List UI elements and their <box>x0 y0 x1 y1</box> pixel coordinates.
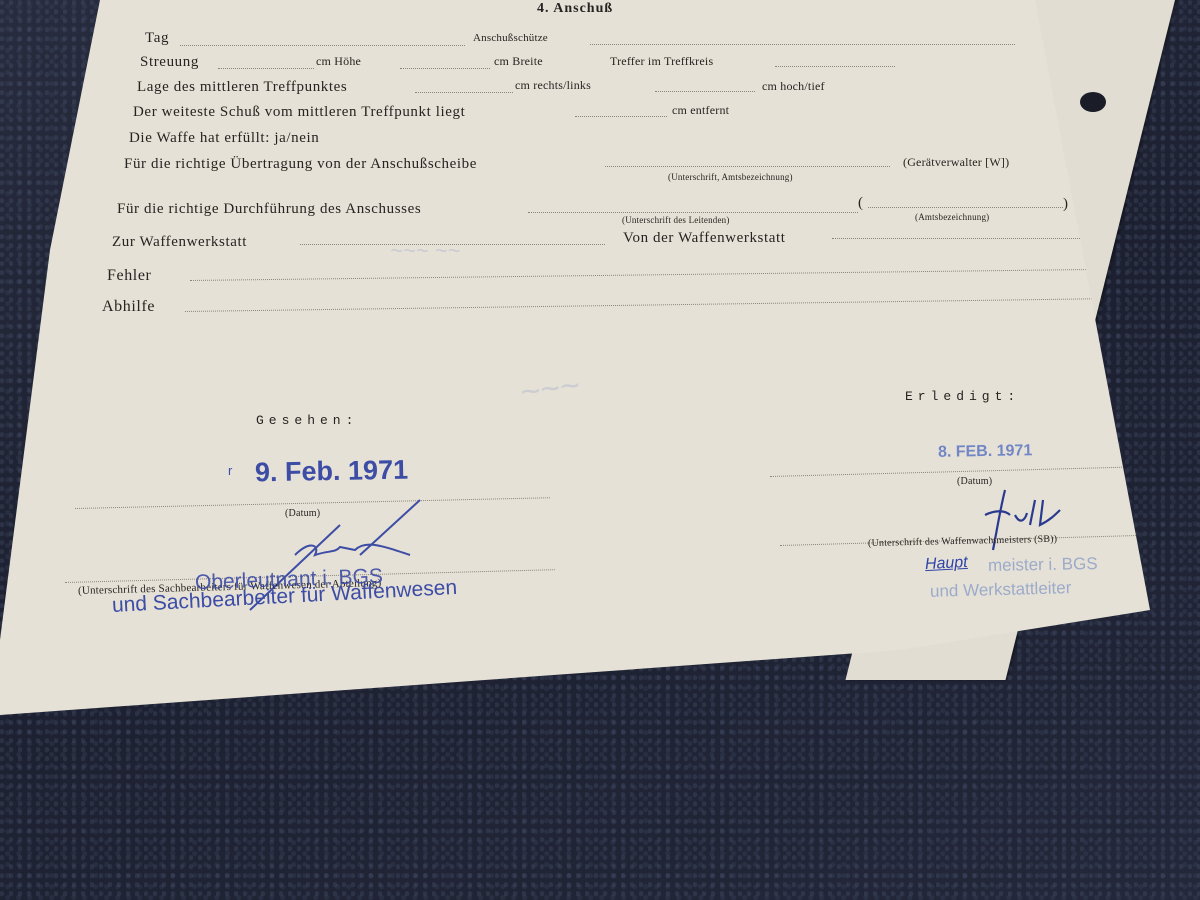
field-fehler[interactable] <box>190 269 1090 281</box>
section-title: 4. Anschuß <box>537 1 613 17</box>
label-cm-hoehe: cm Höhe <box>316 54 361 69</box>
caption-unterschrift-amt: (Unterschrift, Amtsbezeichnung) <box>668 172 793 182</box>
label-streuung: Streuung <box>140 54 199 71</box>
stamp-rank-right: meister i. BGS <box>988 554 1098 576</box>
faded-signature: ~~~ <box>518 366 582 413</box>
field-rechts-links[interactable] <box>415 92 513 93</box>
field-treffer[interactable] <box>775 66 895 67</box>
field-hoch-tief[interactable] <box>655 91 755 92</box>
label-lage: Lage des mittleren Treffpunktes <box>137 79 347 96</box>
date-stamp-erledigt: 8. FEB. 1971 <box>938 442 1033 462</box>
paren-open: ( <box>858 195 864 212</box>
field-tag[interactable] <box>180 45 465 46</box>
label-fehler: Fehler <box>107 267 151 285</box>
date-stamp-prefix: r <box>228 463 232 478</box>
label-treffer: Treffer im Treffkreis <box>610 54 713 69</box>
label-von-werkstatt: Von der Waffenwerkstatt <box>623 230 786 247</box>
caption-amtsbezeichnung: (Amtsbezeichnung) <box>915 212 989 222</box>
label-rechts-links: cm rechts/links <box>515 78 591 93</box>
field-durchfuehrung-signature[interactable] <box>528 212 858 213</box>
stamp-role-right: und Werkstattleiter <box>930 578 1072 602</box>
erledigt-heading: Erledigt: <box>905 389 1020 404</box>
field-streuung-breite[interactable] <box>400 68 490 69</box>
paren-close: ) <box>1063 196 1069 213</box>
label-zur-werkstatt: Zur Waffenwerkstatt <box>112 234 247 251</box>
punch-hole <box>1080 92 1106 112</box>
faded-handwriting: ~~~ ~~ <box>390 238 460 264</box>
label-weiteste: Der weiteste Schuß vom mittleren Treffpu… <box>133 104 465 121</box>
label-erfuellt: Die Waffe hat erfüllt: ja/nein <box>129 130 319 147</box>
label-anschussschuetze: Anschußschütze <box>473 32 548 44</box>
field-abhilfe[interactable] <box>185 298 1100 312</box>
label-tag: Tag <box>145 30 169 47</box>
handwritten-haupt: Haupt <box>925 554 969 574</box>
label-durchfuehrung: Für die richtige Durchführung des Anschu… <box>117 201 421 218</box>
caption-unterschrift-leitenden: (Unterschrift des Leitenden) <box>622 215 730 225</box>
date-stamp-gesehen: 9. Feb. 1971 <box>255 455 409 489</box>
gesehen-heading: Gesehen: <box>256 413 358 428</box>
field-streuung-hoehe[interactable] <box>218 68 314 69</box>
field-von-werkstatt[interactable] <box>832 238 1082 239</box>
field-uebertragung-signature[interactable] <box>605 166 890 167</box>
label-uebertragung: Für die richtige Übertragung von der Ans… <box>124 156 477 173</box>
label-entfernt: cm entfernt <box>672 103 729 118</box>
field-entfernt[interactable] <box>575 116 667 117</box>
field-anschussschuetze[interactable] <box>590 44 1015 45</box>
label-cm-breite: cm Breite <box>494 54 543 69</box>
label-abhilfe: Abhilfe <box>102 298 155 316</box>
label-hoch-tief: cm hoch/tief <box>762 79 825 94</box>
field-amtsbezeichnung[interactable] <box>868 207 1063 208</box>
label-geraetverwalter: (Gerätverwalter [W]) <box>903 155 1009 170</box>
